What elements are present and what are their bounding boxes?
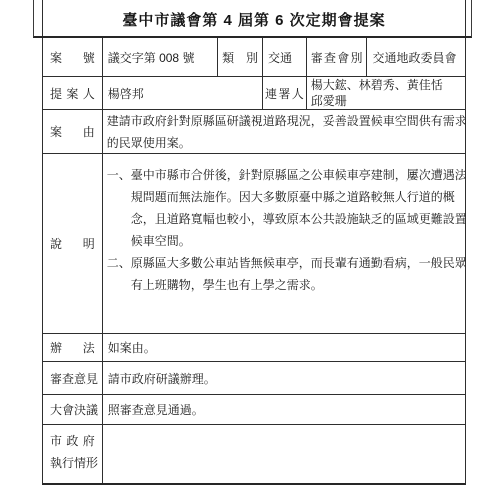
- field-value-execution-status: [103, 425, 465, 483]
- explanation-item-1-line-3: 念，且道路寬幅也較小，導致原本公共設施缺乏的區域更難設置: [131, 208, 465, 230]
- cosigners-line-2: 邱愛珊: [311, 93, 461, 109]
- row-method: 辦法 如案由。: [43, 334, 465, 362]
- explanation-item-1-marker: 一、: [107, 164, 131, 252]
- field-value-method: 如案由。: [103, 334, 465, 361]
- explanation-item-1-line-1: 臺中市縣市合併後，針對原縣區之公車候車亭建制，屢次遭遇法: [131, 164, 465, 186]
- field-value-resolution: 照審查意見通過。: [103, 395, 465, 424]
- row-explanation: 說明 一、 臺中市縣市合併後，針對原縣區之公車候車亭建制，屢次遭遇法 規問題而無…: [43, 154, 465, 334]
- row-resolution: 大會決議 照審查意見通過。: [43, 395, 465, 425]
- field-value-explanation: 一、 臺中市縣市合併後，針對原縣區之公車候車亭建制，屢次遭遇法 規問題而無法施作…: [103, 154, 465, 333]
- field-value-committee: 交通地政委員會: [367, 38, 465, 76]
- row-review-opinion: 審查意見 請市政府研議辦理。: [43, 362, 465, 395]
- subject-line-2: 的民眾使用案。: [107, 132, 465, 154]
- field-value-cosigners: 楊大鋐、林碧秀、黃佳恬 邱愛珊: [307, 77, 465, 109]
- explanation-item-2-line-2: 有上班購物，學生也有上學之需求。: [131, 274, 465, 296]
- explanation-item-1-line-4: 候車空間。: [131, 230, 465, 252]
- title-row: 臺中市議會第 4 屆第 6 次定期會提案: [43, 0, 465, 38]
- field-label-execution-status: 市政府 執行情形: [43, 425, 103, 483]
- field-value-subject: 建請市政府針對原縣區研議視道路現況，妥善設置候車空間供有需求 的民眾使用案。: [103, 110, 465, 153]
- field-label-method: 辦法: [43, 334, 103, 361]
- row-execution-status: 市政府 執行情形: [43, 425, 465, 483]
- row-case-no: 案號 議交字第 008 號 類別 交通 審查會別 交通地政委員會: [43, 38, 465, 77]
- field-value-review-opinion: 請市政府研議辦理。: [103, 362, 465, 394]
- row-subject: 案由 建請市政府針對原縣區研議視道路現況，妥善設置候車空間供有需求 的民眾使用案…: [43, 110, 465, 154]
- explanation-item-2-line-1: 原縣區大多數公車站皆無候車亭，而長輩有通勤看病，一般民眾: [131, 252, 465, 274]
- field-label-case-no: 案號: [43, 38, 103, 76]
- field-label-resolution: 大會決議: [43, 395, 103, 424]
- field-label-subject: 案由: [43, 110, 103, 153]
- field-value-proposer: 楊啓邦: [103, 77, 263, 109]
- field-label-explanation: 說明: [43, 154, 103, 333]
- field-value-case-no: 議交字第 008 號: [103, 38, 218, 76]
- cosigners-line-1: 楊大鋐、林碧秀、黃佳恬: [311, 77, 461, 93]
- form-title: 臺中市議會第 4 屆第 6 次定期會提案: [122, 9, 385, 30]
- proposal-table: 臺中市議會第 4 屆第 6 次定期會提案 案號 議交字第 008 號 類別 交通…: [42, 0, 466, 485]
- row-proposer: 提案人 楊啓邦 連署人 楊大鋐、林碧秀、黃佳恬 邱愛珊: [43, 77, 465, 110]
- explanation-item-2: 二、 原縣區大多數公車站皆無候車亭，而長輩有通勤看病，一般民眾 有上班購物，學生…: [107, 252, 465, 296]
- scanned-proposal-document: 臺中市議會第 4 屆第 6 次定期會提案 案號 議交字第 008 號 類別 交通…: [0, 0, 500, 500]
- explanation-item-2-marker: 二、: [107, 252, 131, 296]
- field-label-category: 類別: [218, 38, 263, 76]
- explanation-item-1-line-2: 規問題而無法施作。因大多數原臺中縣之道路較無人行道的概: [131, 186, 465, 208]
- field-value-category: 交通: [263, 38, 307, 76]
- field-label-committee: 審查會別: [307, 38, 368, 76]
- field-label-cosigners: 連署人: [263, 77, 307, 109]
- subject-line-1: 建請市政府針對原縣區研議視道路現況，妥善設置候車空間供有需求: [107, 110, 465, 132]
- explanation-item-1: 一、 臺中市縣市合併後，針對原縣區之公車候車亭建制，屢次遭遇法 規問題而無法施作…: [107, 164, 465, 252]
- field-label-review-opinion: 審查意見: [43, 362, 103, 394]
- field-label-proposer: 提案人: [43, 77, 103, 109]
